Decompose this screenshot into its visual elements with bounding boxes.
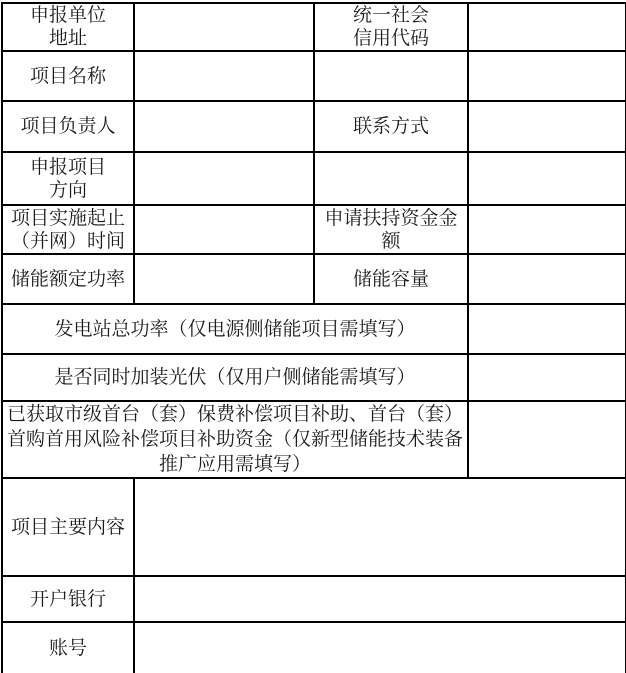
field-project-name-right[interactable] [468,51,626,101]
field-declared-project-direction[interactable] [134,152,314,205]
field-requested-support-fund-amount[interactable] [468,205,626,254]
label-project-leader: 项目负责人 [2,101,134,152]
field-storage-rated-power[interactable] [134,254,314,304]
label-unified-social-credit-code: 统一社会 信用代码 [314,3,468,51]
field-project-name-mid[interactable] [314,51,468,101]
row-applicant-address: 申报单位 地址 统一社会 信用代码 [2,3,626,51]
row-account-number: 账号 [2,622,626,673]
label-declared-project-direction: 申报项目 方向 [2,152,134,205]
field-project-name[interactable] [134,51,314,101]
field-storage-capacity[interactable] [468,254,626,304]
field-bank-of-deposit[interactable] [134,576,626,622]
row-storage-rated-power: 储能额定功率 储能容量 [2,254,626,304]
row-project-leader: 项目负责人 联系方式 [2,101,626,152]
field-project-leader[interactable] [134,101,314,152]
field-contact-info[interactable] [468,101,626,152]
row-bank-of-deposit: 开户银行 [2,576,626,622]
row-implementation-period: 项目实施起止 （并网）时间 申请扶持资金金 额 [2,205,626,254]
application-form-table: 申报单位 地址 统一社会 信用代码 项目名称 项目负责人 联系方式 申报项目 方… [1,2,626,673]
label-storage-capacity: 储能容量 [314,254,468,304]
label-implementation-grid-connection-time: 项目实施起止 （并网）时间 [2,205,134,254]
row-project-main-content: 项目主要内容 [2,478,626,576]
label-pv-installed-simultaneously: 是否同时加装光伏（仅用户侧储能需填写） [2,354,468,401]
field-direction-mid[interactable] [314,152,468,205]
field-applicant-unit-address[interactable] [134,3,314,51]
field-unified-social-credit-code[interactable] [468,3,626,51]
field-first-set-subsidy-obtained[interactable] [468,401,626,478]
label-applicant-unit-address: 申报单位 地址 [2,3,134,51]
label-project-name: 项目名称 [2,51,134,101]
row-first-set-subsidy-obtained: 已获取市级首台（套）保费补偿项目补助、首台（套） 首购首用风险补偿项目补助资金（… [2,401,626,478]
label-account-number: 账号 [2,622,134,673]
label-storage-rated-power: 储能额定功率 [2,254,134,304]
field-account-number[interactable] [134,622,626,673]
row-declared-project-direction: 申报项目 方向 [2,152,626,205]
row-power-station-total-power: 发电站总功率（仅电源侧储能项目需填写） [2,304,626,354]
label-contact-info: 联系方式 [314,101,468,152]
field-implementation-grid-connection-time[interactable] [134,205,314,254]
label-first-set-subsidy-obtained: 已获取市级首台（套）保费补偿项目补助、首台（套） 首购首用风险补偿项目补助资金（… [2,401,468,478]
label-power-station-total-power: 发电站总功率（仅电源侧储能项目需填写） [2,304,468,354]
field-project-main-content[interactable] [134,478,626,576]
label-bank-of-deposit: 开户银行 [2,576,134,622]
label-requested-support-fund-amount: 申请扶持资金金 额 [314,205,468,254]
row-pv-installed-simultaneously: 是否同时加装光伏（仅用户侧储能需填写） [2,354,626,401]
field-direction-right[interactable] [468,152,626,205]
row-project-name: 项目名称 [2,51,626,101]
label-project-main-content: 项目主要内容 [2,478,134,576]
field-power-station-total-power[interactable] [468,304,626,354]
field-pv-installed-simultaneously[interactable] [468,354,626,401]
